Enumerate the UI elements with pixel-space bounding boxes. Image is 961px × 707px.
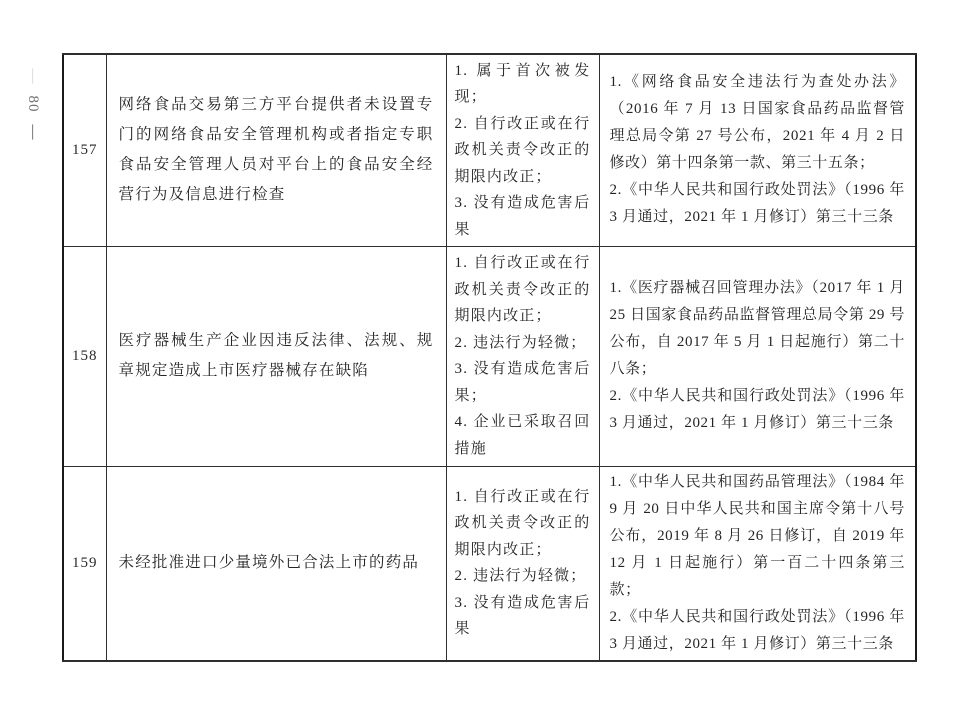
- margin-dash-top: —: [25, 69, 41, 84]
- condition-item: 1. 自行改正或在行政机关责令改正的期限内改正；: [455, 250, 591, 330]
- legal-basis-cell: 1.《中华人民共和国药品管理法》（1984 年 9 月 20 日中华人民共和国主…: [599, 466, 916, 661]
- condition-item: 3. 没有造成危害后果；: [455, 356, 591, 409]
- condition-item: 4. 企业已采取召回措施: [455, 409, 591, 462]
- conditions-cell: 1. 属于首次被发现； 2. 自行改正或在行政机关责令改正的期限内改正； 3. …: [446, 54, 599, 246]
- condition-item: 1. 属于首次被发现；: [455, 58, 591, 111]
- condition-item: 1. 自行改正或在行政机关责令改正的期限内改正；: [455, 484, 591, 564]
- condition-item: 3. 没有造成危害后果: [455, 590, 591, 643]
- legal-basis-cell: 1.《医疗器械召回管理办法》（2017 年 1 月 25 日国家食品药品监督管理…: [599, 246, 916, 466]
- row-number: 159: [63, 466, 106, 661]
- legal-basis-item: 1.《中华人民共和国药品管理法》（1984 年 9 月 20 日中华人民共和国主…: [610, 469, 906, 604]
- violation-description-cell: 未经批准进口少量境外已合法上市的药品: [106, 466, 446, 661]
- condition-item: 2. 自行改正或在行政机关责令改正的期限内改正；: [455, 111, 591, 191]
- violation-description: 网络食品交易第三方平台提供者未设置专门的网络食品安全管理机构或者指定专职食品安全…: [119, 90, 434, 210]
- conditions-cell: 1. 自行改正或在行政机关责令改正的期限内改正； 2. 违法行为轻微； 3. 没…: [446, 246, 599, 466]
- margin-page-number: —80—: [22, 48, 44, 160]
- regulation-table: 157 网络食品交易第三方平台提供者未设置专门的网络食品安全管理机构或者指定专职…: [62, 53, 917, 662]
- page-number: 80: [25, 96, 41, 113]
- violation-description-cell: 网络食品交易第三方平台提供者未设置专门的网络食品安全管理机构或者指定专职食品安全…: [106, 54, 446, 246]
- conditions-cell: 1. 自行改正或在行政机关责令改正的期限内改正； 2. 违法行为轻微； 3. 没…: [446, 466, 599, 661]
- legal-basis-cell: 1.《网络食品安全违法行为查处办法》（2016 年 7 月 13 日国家食品药品…: [599, 54, 916, 246]
- legal-basis-item: 1.《网络食品安全违法行为查处办法》（2016 年 7 月 13 日国家食品药品…: [610, 69, 906, 177]
- row-number: 158: [63, 246, 106, 466]
- table-row: 159 未经批准进口少量境外已合法上市的药品 1. 自行改正或在行政机关责令改正…: [63, 466, 916, 661]
- legal-basis-item: 2.《中华人民共和国行政处罚法》（1996 年 3 月通过，2021 年 1 月…: [610, 177, 906, 231]
- table-row: 157 网络食品交易第三方平台提供者未设置专门的网络食品安全管理机构或者指定专职…: [63, 54, 916, 246]
- legal-basis-item: 2.《中华人民共和国行政处罚法》（1996 年 3 月通过，2021 年 1 月…: [610, 383, 906, 437]
- violation-description: 医疗器械生产企业因违反法律、法规、规章规定造成上市医疗器械存在缺陷: [119, 326, 434, 386]
- table-row: 158 医疗器械生产企业因违反法律、法规、规章规定造成上市医疗器械存在缺陷 1.…: [63, 246, 916, 466]
- condition-item: 2. 违法行为轻微；: [455, 330, 591, 357]
- margin-dash-bottom: —: [25, 125, 41, 140]
- violation-description-cell: 医疗器械生产企业因违反法律、法规、规章规定造成上市医疗器械存在缺陷: [106, 246, 446, 466]
- legal-basis-item: 1.《医疗器械召回管理办法》（2017 年 1 月 25 日国家食品药品监督管理…: [610, 275, 906, 383]
- condition-item: 3. 没有造成危害后果: [455, 190, 591, 243]
- row-number: 157: [63, 54, 106, 246]
- legal-basis-item: 2.《中华人民共和国行政处罚法》（1996 年 3 月通过，2021 年 1 月…: [610, 604, 906, 658]
- violation-description: 未经批准进口少量境外已合法上市的药品: [119, 548, 434, 578]
- condition-item: 2. 违法行为轻微；: [455, 563, 591, 590]
